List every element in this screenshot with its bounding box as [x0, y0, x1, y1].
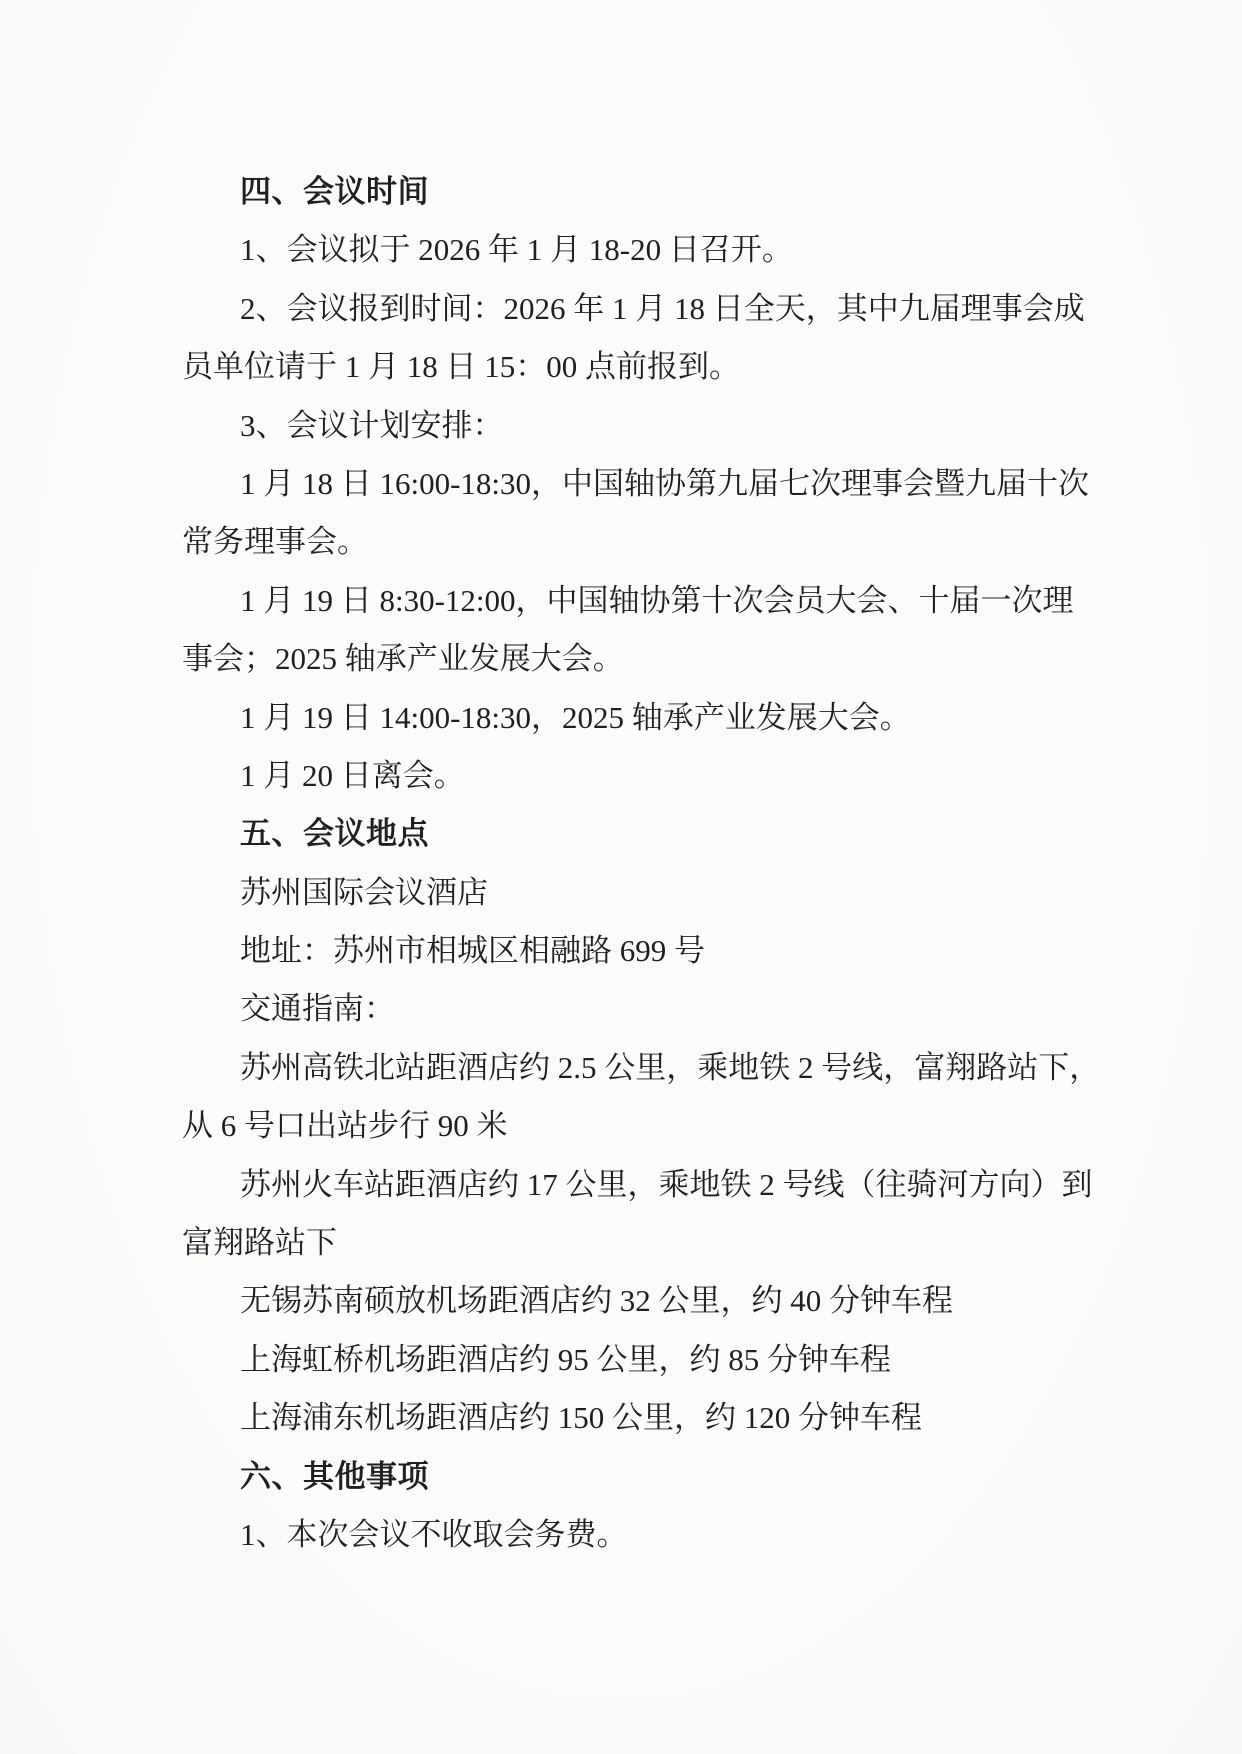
- text-line: 富翔路站下: [182, 1214, 1127, 1272]
- text-line: 上海浦东机场距酒店约 150 公里，约 120 分钟车程: [182, 1389, 1127, 1447]
- document-page: 四、会议时间1、会议拟于 2026 年 1 月 18-20 日召开。2、会议报到…: [0, 0, 1242, 1754]
- text-line: 苏州高铁北站距酒店约 2.5 公里，乘地铁 2 号线，富翔路站下，: [182, 1039, 1127, 1097]
- text-line: 员单位请于 1 月 18 日 15：00 点前报到。: [182, 338, 1127, 396]
- text-line: 苏州火车站距酒店约 17 公里，乘地铁 2 号线（往骑河方向）到: [182, 1156, 1127, 1214]
- section-heading: 四、会议时间: [182, 163, 1127, 221]
- text-line: 地址：苏州市相城区相融路 699 号: [182, 922, 1127, 980]
- text-line: 常务理事会。: [182, 513, 1127, 571]
- text-line: 无锡苏南硕放机场距酒店约 32 公里，约 40 分钟车程: [182, 1272, 1127, 1330]
- text-line: 1、本次会议不收取会务费。: [182, 1506, 1127, 1564]
- text-line: 事会；2025 轴承产业发展大会。: [182, 630, 1127, 688]
- section-heading: 五、会议地点: [182, 805, 1127, 863]
- text-line: 1 月 19 日 14:00-18:30，2025 轴承产业发展大会。: [182, 689, 1127, 747]
- text-line: 交通指南：: [182, 980, 1127, 1038]
- text-line: 1 月 20 日离会。: [182, 747, 1127, 805]
- text-line: 1 月 18 日 16:00-18:30，中国轴协第九届七次理事会暨九届十次: [182, 455, 1127, 513]
- text-line: 2、会议报到时间：2026 年 1 月 18 日全天，其中九届理事会成: [182, 280, 1127, 338]
- document-body: 四、会议时间1、会议拟于 2026 年 1 月 18-20 日召开。2、会议报到…: [182, 163, 1127, 1564]
- text-line: 从 6 号口出站步行 90 米: [182, 1097, 1127, 1155]
- text-line: 1 月 19 日 8:30-12:00，中国轴协第十次会员大会、十届一次理: [182, 572, 1127, 630]
- text-line: 3、会议计划安排：: [182, 397, 1127, 455]
- text-line: 1、会议拟于 2026 年 1 月 18-20 日召开。: [182, 221, 1127, 279]
- text-line: 上海虹桥机场距酒店约 95 公里，约 85 分钟车程: [182, 1331, 1127, 1389]
- section-heading: 六、其他事项: [182, 1448, 1127, 1506]
- text-line: 苏州国际会议酒店: [182, 864, 1127, 922]
